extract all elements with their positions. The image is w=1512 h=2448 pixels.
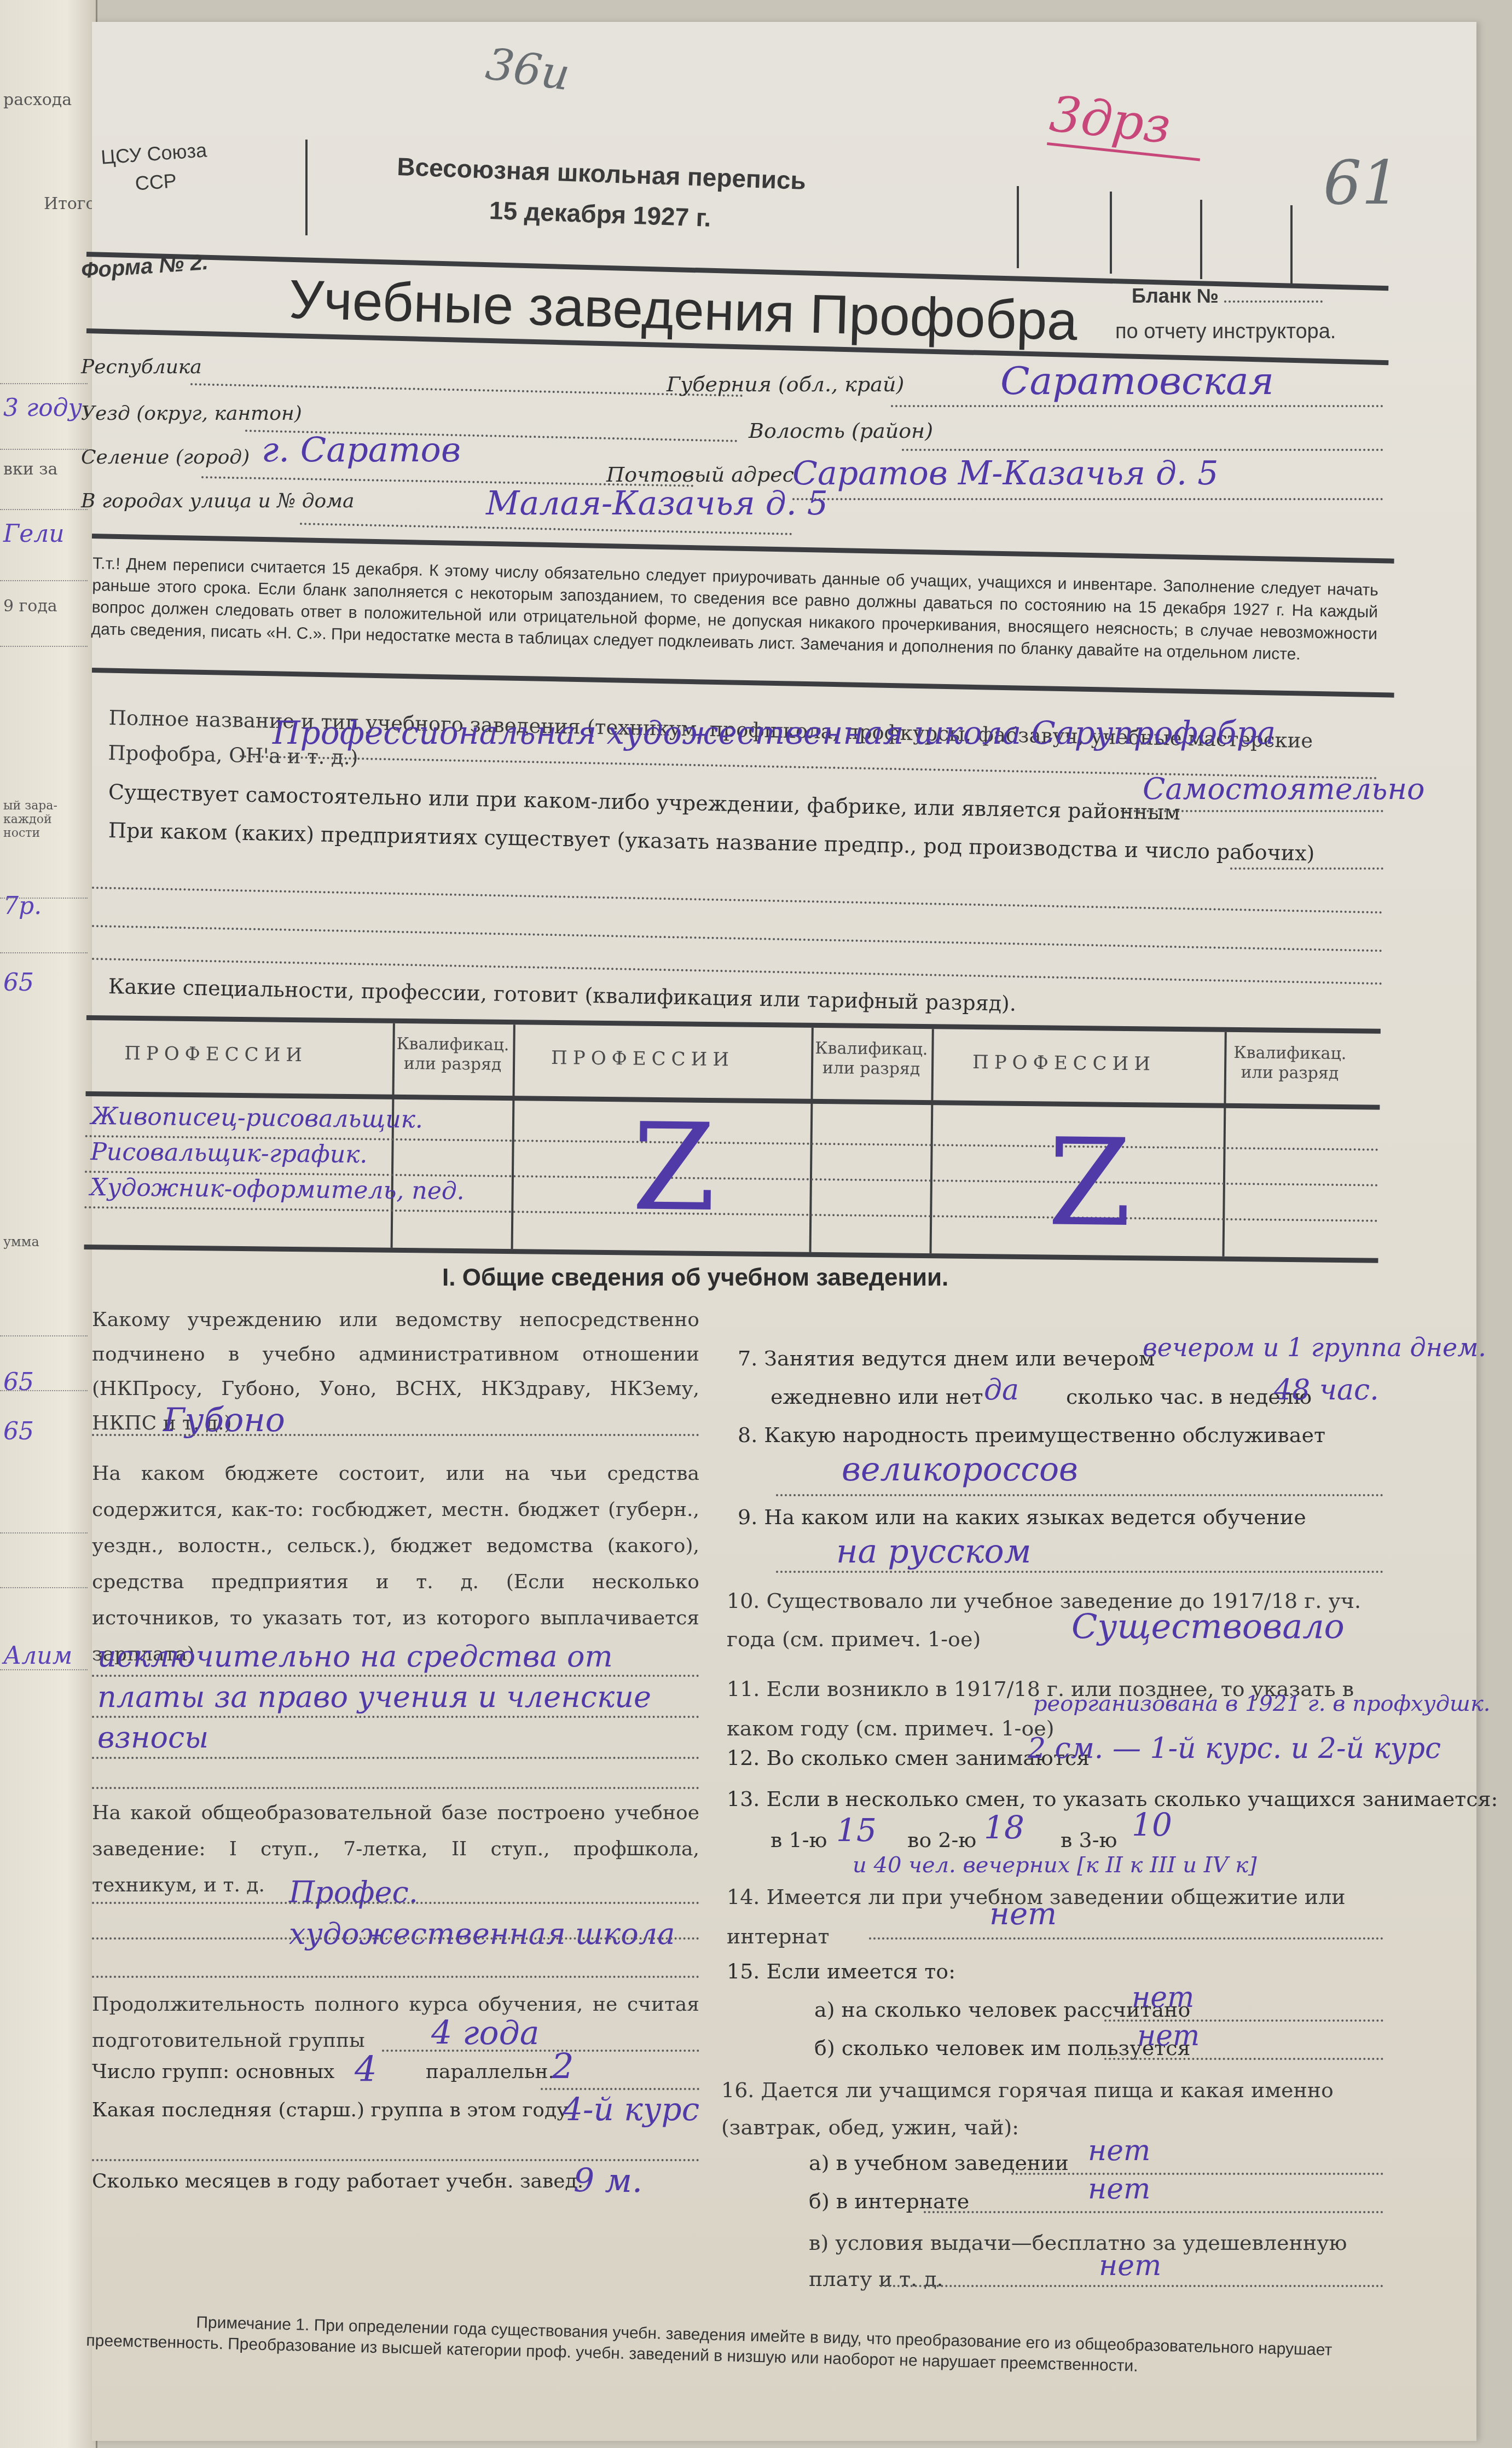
table-header-qualification-3: Квалификац. или разряд: [1227, 1043, 1353, 1084]
pencil-annotation: 36и: [483, 38, 573, 100]
instructions-text: Т.т.! Днем переписи считается 15 декабря…: [91, 553, 1378, 667]
budget-value[interactable]: исключительно на средства от платы за пр…: [97, 1636, 688, 1758]
census-form-sheet: 36и 3дрз 61 ЦСУ Союза ССР Всесоюзная шко…: [92, 22, 1476, 2441]
q13-shift3-value[interactable]: 10: [1132, 1806, 1172, 1843]
left-page-handwriting-1: 3 году: [3, 394, 82, 422]
profession-row-3[interactable]: Художник-оформитель, пед.: [90, 1173, 465, 1205]
left-page-header-word2: Итого: [44, 194, 96, 213]
groups-parallel-label: параллельн.: [426, 2061, 554, 2083]
institution-name-value[interactable]: Профессиональная художественная школа Са…: [273, 714, 1276, 751]
q12-value[interactable]: 2 см. — 1-й курс. и 2-й курс: [1028, 1732, 1441, 1765]
q16-label: 16. Дается ли учащимся горячая пища и ка…: [721, 2071, 1383, 2146]
table-header-qualification-1: Квалификац. или разряд: [395, 1034, 511, 1075]
left-page-header-word: расхода: [3, 90, 72, 109]
table-header-qualification-2: Квалификац. или разряд: [814, 1039, 929, 1079]
q11-number: 11.: [727, 1677, 760, 1701]
q9-number: 9.: [738, 1505, 757, 1529]
q16-text: Дается ли учащимся горячая пища и какая …: [721, 2078, 1334, 2139]
q7-daily-label: ежедневно или нет: [771, 1385, 983, 1409]
left-page-sum-1: 65: [3, 1368, 34, 1396]
exists-value[interactable]: Самостоятельно: [1143, 772, 1425, 806]
strike-mark-col-3: Z: [1047, 1112, 1133, 1253]
enterprise-label: При каком (каких) предприятиях существуе…: [108, 818, 1315, 865]
red-annotation: 3дрз: [1047, 85, 1206, 161]
q8-value[interactable]: великороссов: [842, 1450, 1078, 1489]
volost-field[interactable]: [902, 449, 1383, 451]
street-value[interactable]: Малая-Казачья д. 5: [486, 484, 828, 523]
q14-number: 14.: [727, 1885, 760, 1909]
q16a-value[interactable]: нет: [1088, 2134, 1150, 2167]
q15-number: 15.: [727, 1959, 760, 1983]
left-page-value-1: 7р.: [3, 892, 42, 920]
census-title: Всесоюзная школьная перепись 15 декабря …: [354, 144, 849, 242]
q15a-value[interactable]: нет: [1132, 1981, 1194, 2014]
q7-daily-value[interactable]: да: [984, 1374, 1019, 1407]
table-header-professions-1: ПРОФЕССИИ: [124, 1043, 308, 1067]
enterprise-field[interactable]: [1230, 867, 1383, 870]
specialties-label: Какие специальности, профессии, готовит …: [108, 974, 1017, 1016]
months-label: Сколько месяцев в году работает учебн. з…: [92, 2170, 583, 2192]
q7-label: 7. Занятия ведутся днем или вечером: [738, 1346, 1155, 1370]
q10-value[interactable]: Существовало: [1071, 1606, 1345, 1646]
left-page-sum-header: умма: [3, 1234, 39, 1249]
q13-extra-note[interactable]: и 40 чел. вечерних [к II к III и IV к]: [853, 1853, 1257, 1878]
left-page-handwriting-2: Гели: [3, 520, 65, 548]
course-duration-label: Продолжительность полного курса обучения…: [92, 1987, 699, 2059]
q16a-label: а) в учебном заведении: [809, 2151, 1069, 2175]
gubernia-label: Губерния (обл., край): [667, 372, 904, 396]
q16b-value[interactable]: нет: [1088, 2173, 1150, 2206]
postal-value[interactable]: Саратов М-Казачья д. 5: [792, 454, 1218, 493]
left-page-table-header: ый зара- каждой ности: [3, 799, 80, 840]
q9-label: 9. На каком или на каких языках ведется …: [738, 1505, 1306, 1529]
table-header-professions-3: ПРОФЕССИИ: [972, 1051, 1156, 1075]
q9-value[interactable]: на русском: [836, 1532, 1031, 1571]
settlement-label: Селение (город): [81, 446, 250, 468]
course-duration-value[interactable]: 4 года: [431, 2014, 540, 2052]
q9-text: На каком или на каких языках ведется обу…: [764, 1505, 1306, 1529]
blank-number[interactable]: Бланк №: [1132, 285, 1323, 308]
gubernia-value[interactable]: Саратовская: [1000, 358, 1274, 403]
instructor-note: по отчету инструктора.: [1115, 320, 1336, 344]
q14-value[interactable]: нет: [989, 1896, 1057, 1932]
q7-hours-value[interactable]: 48 час.: [1274, 1374, 1379, 1407]
footnote: Примечание 1. При определении года сущес…: [86, 2310, 1378, 2383]
page-number: 61: [1323, 148, 1400, 218]
senior-group-label: Какая последняя (старш.) группа в этом г…: [92, 2099, 568, 2121]
q7-text: Занятия ведутся днем или вечером: [764, 1346, 1155, 1370]
q16c-value[interactable]: нет: [1099, 2249, 1161, 2282]
q13-shift1-value[interactable]: 15: [836, 1812, 877, 1849]
q8-number: 8.: [738, 1423, 757, 1447]
settlement-value[interactable]: г. Саратов: [262, 430, 461, 470]
groups-basic-value[interactable]: 4: [355, 2050, 377, 2090]
strike-mark-col-2: Z: [632, 1097, 717, 1238]
blank-number-field[interactable]: [1224, 300, 1323, 303]
q8-text: Какую народность преимущественно обслужи…: [764, 1423, 1325, 1447]
left-page-handwriting-3: Алим: [3, 1642, 72, 1670]
q11-value[interactable]: реорганизована в 1921 г. в профхудшк.: [1033, 1691, 1491, 1716]
left-page-value-2: 65: [3, 969, 34, 997]
q13-shift3-label: в 3-ю: [1061, 1828, 1117, 1852]
blank-number-label: Бланк №: [1132, 285, 1219, 307]
q10-number: 10.: [727, 1589, 760, 1613]
q8-label: 8. Какую народность преимущественно обсл…: [738, 1423, 1325, 1447]
profession-row-1[interactable]: Живописец-рисовальщик.: [91, 1102, 423, 1133]
months-value[interactable]: 9 м.: [573, 2162, 642, 2200]
senior-group-value[interactable]: 4-й курс: [563, 2091, 699, 2128]
q13-shift2-value[interactable]: 18: [984, 1809, 1024, 1846]
q7-value[interactable]: вечером и 1 группа днем.: [1143, 1333, 1486, 1362]
table-header-professions-2: ПРОФЕССИИ: [551, 1047, 734, 1071]
street-label: В городах улица и № дома: [81, 490, 354, 512]
org-name: ЦСУ Союза ССР: [90, 135, 220, 201]
republic-label: Республика: [81, 356, 202, 378]
volost-label: Волость (район): [749, 419, 933, 443]
left-page-print-2: 9 года: [3, 597, 57, 616]
q13-shift2-label: во 2-ю: [907, 1828, 976, 1852]
q13-number: 13.: [727, 1787, 760, 1811]
course-duration-block: Продолжительность полного курса обучения…: [92, 1987, 699, 2059]
groups-parallel-value[interactable]: 2: [552, 2047, 574, 2087]
q13-label: 13. Если в несколько смен, то указать ск…: [727, 1787, 1498, 1811]
q16-number: 16.: [721, 2078, 754, 2102]
uezd-label: Уезд (округ, кантон): [81, 402, 302, 425]
section-1-title: I. Общие сведения об учебном заведении.: [442, 1264, 948, 1292]
q15-text: Если имеется то:: [767, 1959, 956, 1983]
professions-table: ПРОФЕССИИ Квалификац. или разряд ПРОФЕСС…: [84, 1015, 1381, 1263]
left-page-sum-2: 65: [3, 1417, 34, 1445]
q13-shift1-label: в 1-ю: [771, 1828, 827, 1852]
q16b-label: б) в интернате: [809, 2189, 969, 2213]
postal-label: Почтовый адрес: [606, 462, 794, 487]
profession-row-2[interactable]: Рисовальщик-график.: [90, 1138, 368, 1168]
q15b-value[interactable]: нет: [1137, 2019, 1200, 2052]
education-base-value[interactable]: Профес. художественная школа: [289, 1872, 694, 1955]
groups-basic-label: Число групп: основных: [92, 2061, 334, 2083]
left-page-print-1: вки за: [3, 460, 57, 479]
q7-number: 7.: [738, 1346, 757, 1370]
q15b-label: б) сколько человек им пользуется: [814, 2036, 1190, 2060]
republic-field[interactable]: [190, 383, 743, 397]
q12-number: 12.: [727, 1746, 760, 1770]
q15-label: 15. Если имеется то:: [727, 1959, 955, 1983]
